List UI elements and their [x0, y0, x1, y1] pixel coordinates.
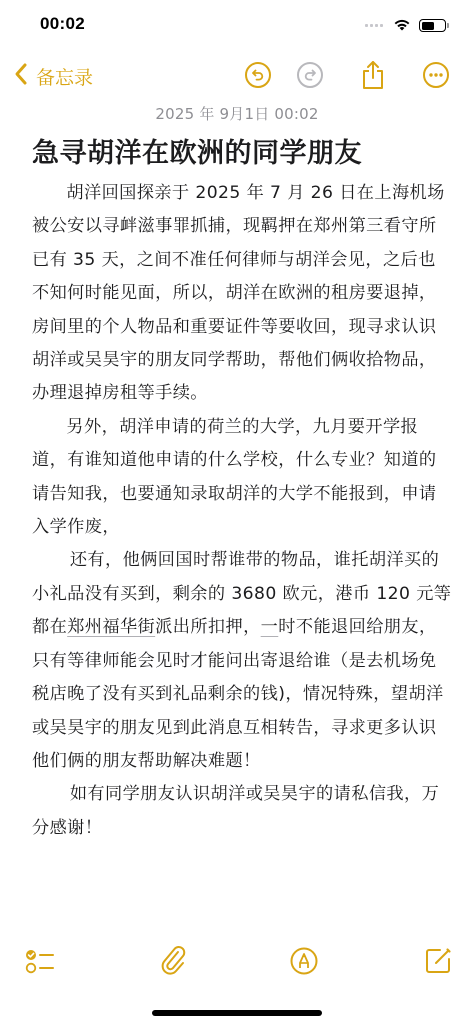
redo-button[interactable] [294, 60, 326, 94]
more-icon [422, 61, 450, 93]
checklist-button[interactable] [22, 945, 58, 981]
markup-button[interactable] [286, 945, 322, 981]
battery-icon [419, 19, 446, 32]
share-icon [361, 59, 385, 95]
note-title[interactable]: 急寻胡洋在欧洲的同学朋友 [32, 131, 454, 170]
redo-icon [296, 61, 324, 93]
notes-screen: 00:02 备忘录 [0, 0, 474, 1026]
paragraph-3-text-middle: 派出所扣押， [155, 617, 261, 637]
compose-icon [423, 946, 453, 980]
attachment-button[interactable] [156, 945, 192, 981]
paragraph-3: 还有，他俩回国时帮谁带的物品，谁托胡洋买的小礼品没有买到，剩余的 3680 欧元… [32, 544, 452, 778]
note-body[interactable]: 胡洋回国探亲于 2025 年 7 月 26 日在上海机场被公安以寻衅滋事罪抓捕，… [32, 177, 452, 845]
detected-text-link[interactable]: 一 [261, 617, 279, 637]
status-time: 00:02 [40, 14, 85, 34]
undo-button[interactable] [242, 60, 274, 94]
wifi-icon [393, 16, 411, 35]
markup-icon [289, 946, 319, 980]
attachment-icon [159, 945, 189, 981]
compose-button[interactable] [420, 945, 456, 981]
checklist-icon [24, 946, 56, 980]
home-indicator[interactable] [152, 1010, 322, 1016]
note-date: 2025 年 9月1日 00:02 [0, 103, 474, 124]
status-bar: 00:02 [0, 0, 474, 52]
share-button[interactable] [357, 60, 389, 94]
paragraph-1: 胡洋回国探亲于 2025 年 7 月 26 日在上海机场被公安以寻衅滋事罪抓捕，… [32, 177, 452, 411]
more-button[interactable] [420, 60, 452, 94]
paragraph-2: 另外，胡洋申请的荷兰的大学，九月要开学报道，有谁知道他申请的什么学校，什么专业？… [32, 411, 452, 545]
cellular-signal-icon [365, 24, 383, 27]
status-icons [365, 16, 446, 35]
bottom-toolbar [0, 945, 474, 981]
paragraph-3-text-end: 时不能退回给朋友，只有等律师能会见时才能问出寄退给谁（是去机场免税店晚了没有买到… [32, 617, 444, 771]
nav-bar: 备忘录 [0, 58, 474, 98]
paragraph-4: 如有同学朋友认识胡洋或吴昊宇的请私信我，万分感谢！ [32, 778, 452, 845]
undo-icon [244, 61, 272, 93]
nav-actions [0, 60, 474, 94]
address-link[interactable]: 郑州福华街 [67, 617, 155, 637]
